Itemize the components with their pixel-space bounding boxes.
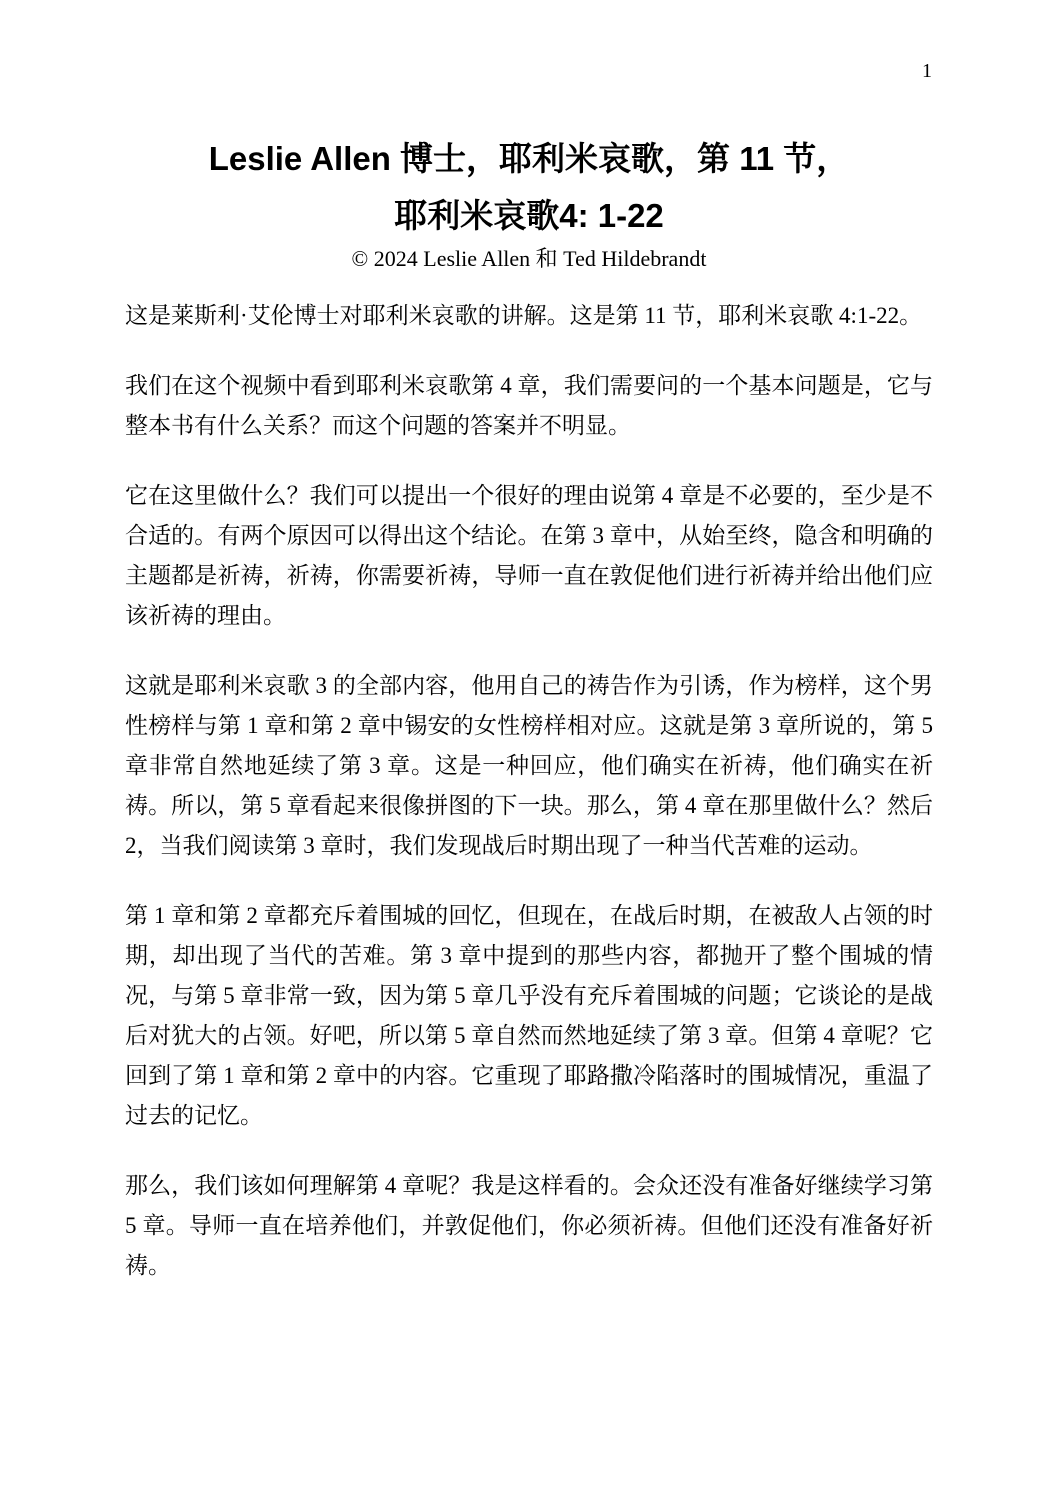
page-number: 1 (922, 58, 932, 84)
title-line-2: 耶利米哀歌4: 1-22 (394, 197, 664, 234)
paragraph-2: 我们在这个视频中看到耶利米哀歌第 4 章，我们需要问的一个基本问题是，它与整本书… (125, 366, 933, 446)
paragraph-3: 它在这里做什么？我们可以提出一个很好的理由说第 4 章是不必要的，至少是不合适的… (125, 476, 933, 636)
document-page: 1 Leslie Allen 博士，耶利米哀歌，第 11 节， 耶利米哀歌4: … (0, 0, 1058, 1497)
paragraph-6: 那么，我们该如何理解第 4 章呢？我是这样看的。会众还没有准备好继续学习第 5 … (125, 1166, 933, 1286)
document-title: Leslie Allen 博士，耶利米哀歌，第 11 节， 耶利米哀歌4: 1-… (125, 130, 933, 244)
body-text: 这是莱斯利·艾伦博士对耶利米哀歌的讲解。这是第 11 节，耶利米哀歌 4:1-2… (125, 296, 933, 1286)
copyright-line: © 2024 Leslie Allen 和 Ted Hildebrandt (125, 244, 933, 274)
paragraph-1: 这是莱斯利·艾伦博士对耶利米哀歌的讲解。这是第 11 节，耶利米哀歌 4:1-2… (125, 296, 933, 336)
document-content: Leslie Allen 博士，耶利米哀歌，第 11 节， 耶利米哀歌4: 1-… (125, 130, 933, 1316)
title-line-1: Leslie Allen 博士，耶利米哀歌，第 11 节， (209, 140, 850, 177)
paragraph-4: 这就是耶利米哀歌 3 的全部内容，他用自己的祷告作为引诱，作为榜样，这个男性榜样… (125, 666, 933, 866)
paragraph-5: 第 1 章和第 2 章都充斥着围城的回忆，但现在，在战后时期，在被敌人占领的时期… (125, 896, 933, 1136)
